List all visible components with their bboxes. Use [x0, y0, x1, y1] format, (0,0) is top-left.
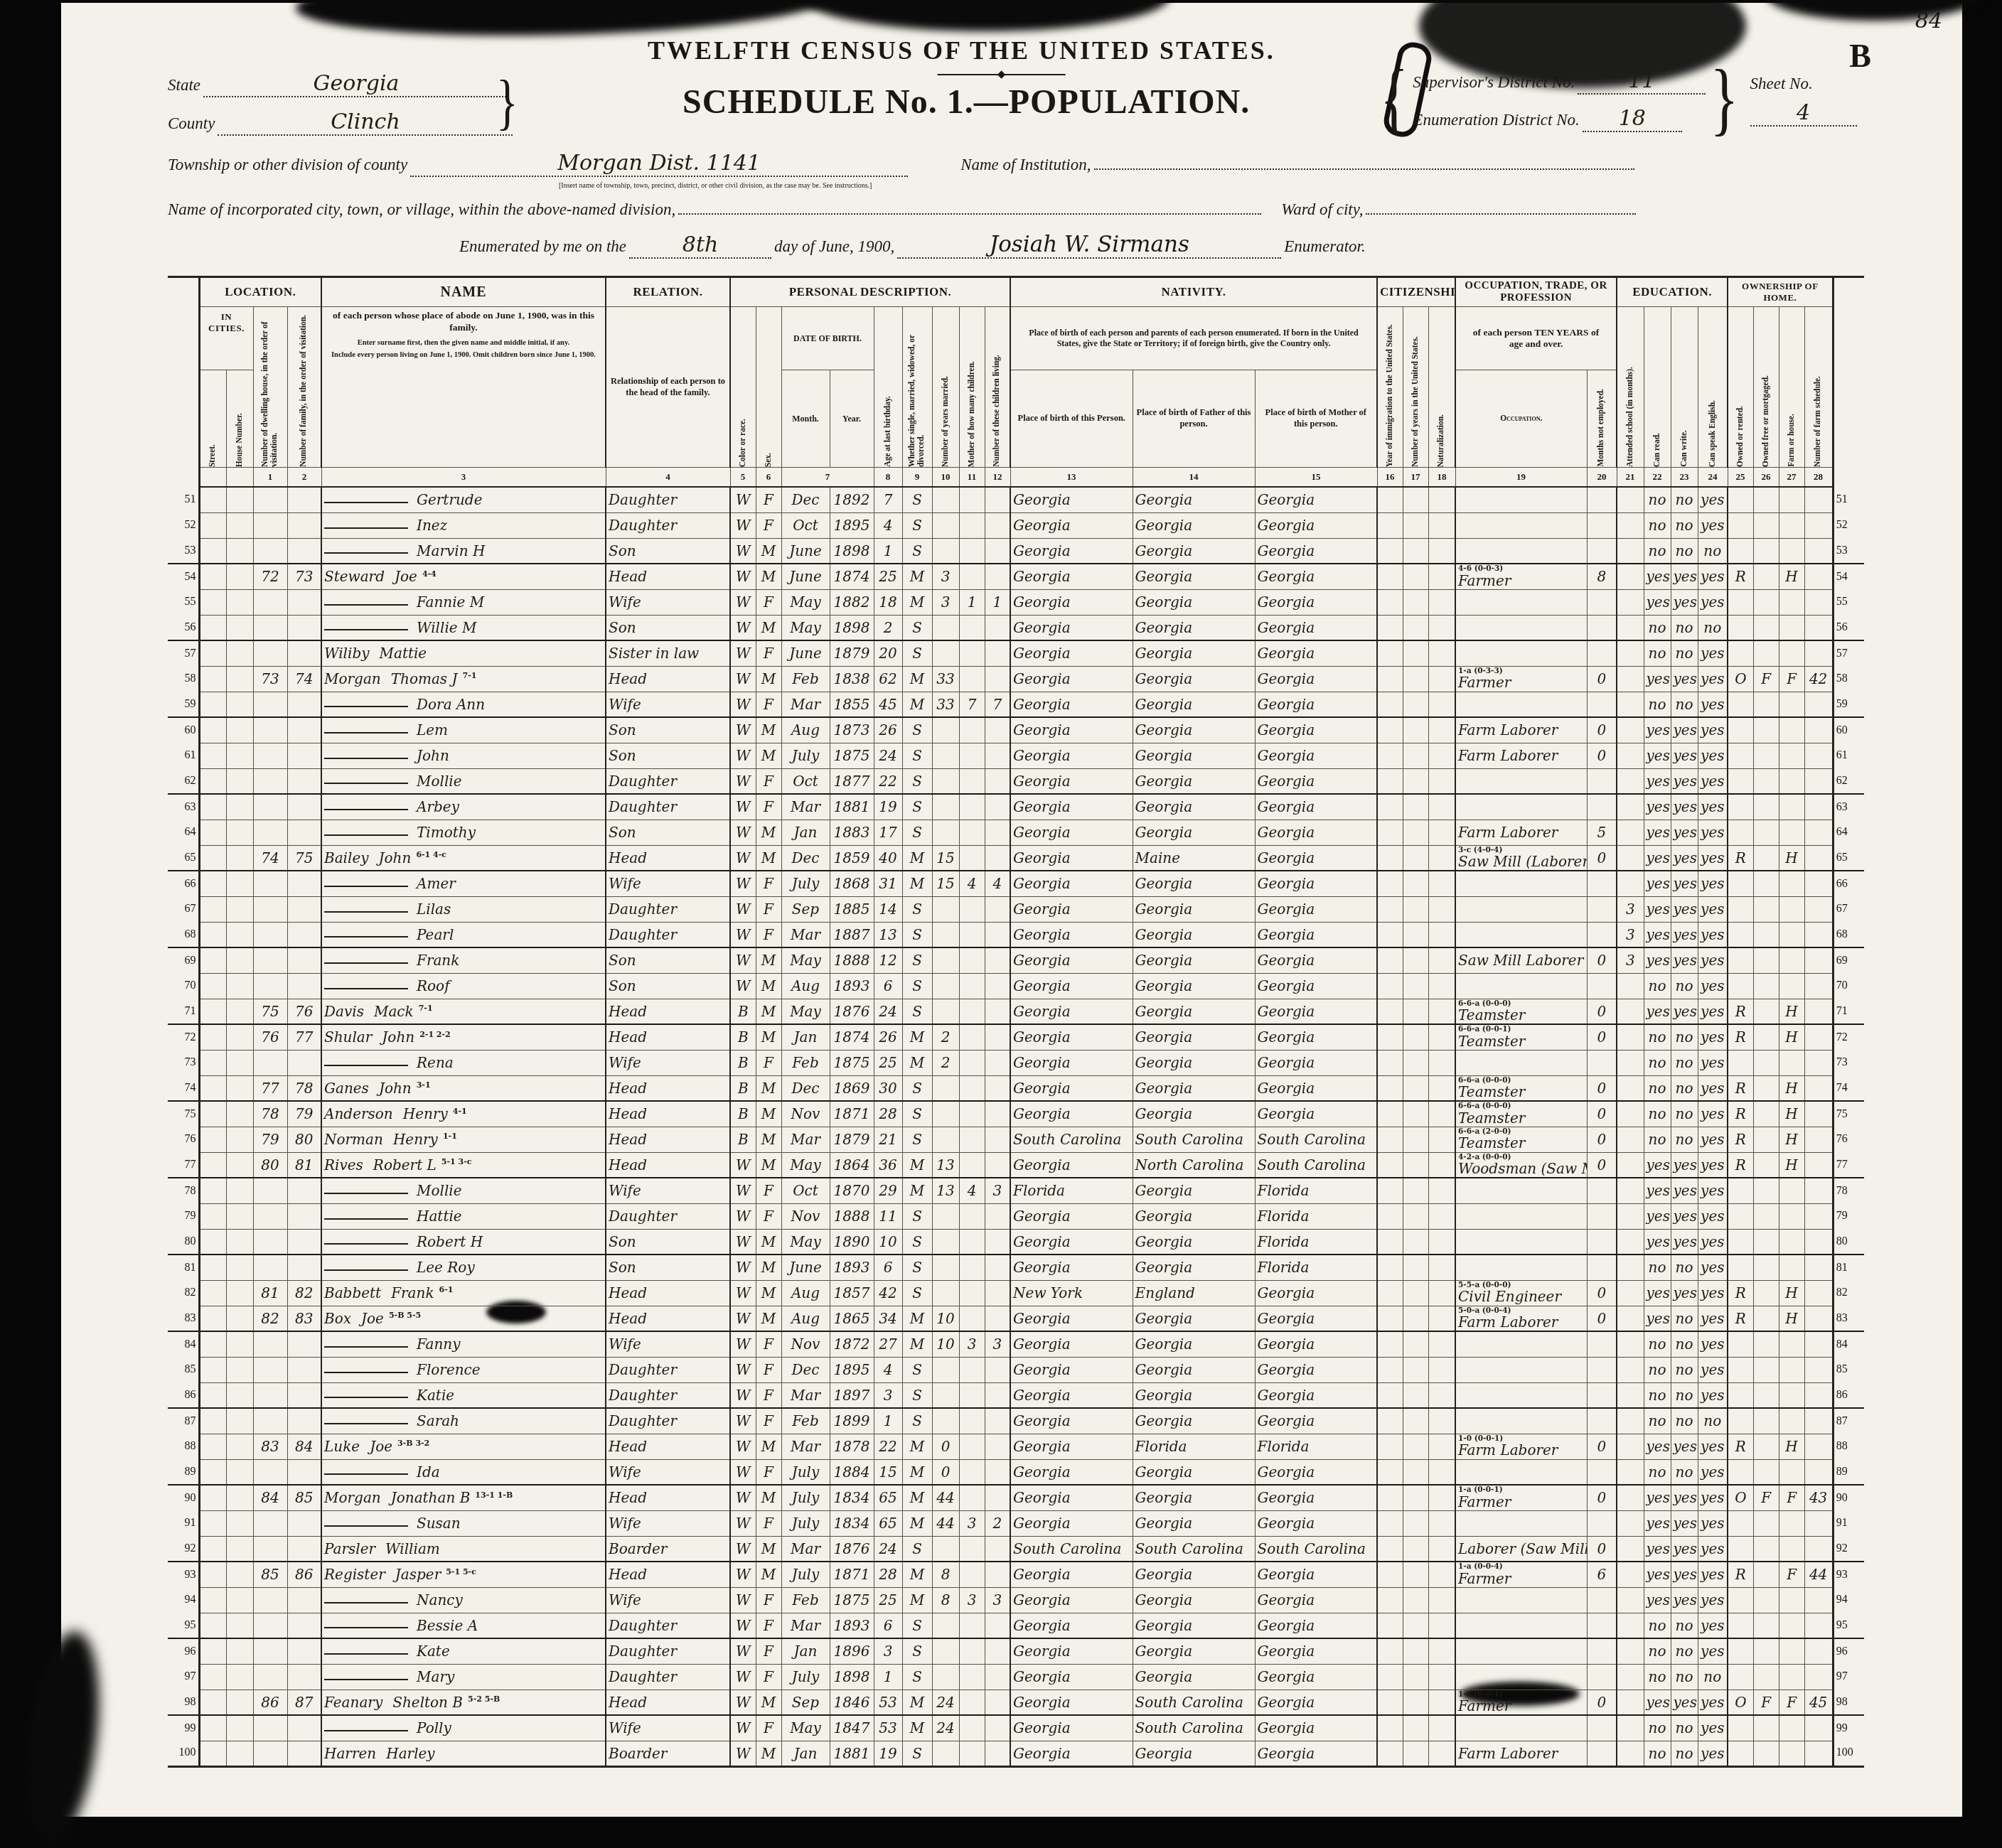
header-birthplace-mother: Place of birth of Mother of this person.	[1255, 370, 1377, 468]
cell-attended-school	[1617, 1229, 1644, 1255]
cell-birth-year: 1872	[830, 1331, 874, 1357]
cell-birthplace: Georgia	[1010, 743, 1133, 768]
cell-attended-school	[1617, 487, 1644, 512]
cell-birth-year: 1864	[830, 1152, 874, 1178]
cell-family-number	[287, 768, 321, 794]
cell-family-number	[287, 1331, 321, 1357]
cell-father-birthplace: Georgia	[1133, 1255, 1255, 1280]
table-row: 908485MorganJonathan B13-1 1-BHeadWMJuly…	[168, 1485, 1864, 1510]
cell-naturalization	[1428, 666, 1455, 692]
table-row: 94NancyWifeWFFeb187525M833GeorgiaGeorgia…	[168, 1587, 1864, 1613]
cell-can-speak-english: yes	[1698, 666, 1728, 692]
cell-months-not-employed	[1587, 1408, 1617, 1434]
cell-occupation: Laborer (Saw Mill)	[1455, 1536, 1587, 1562]
cell-farm-or-house	[1779, 1408, 1804, 1434]
cell-home-owned-rented	[1728, 896, 1753, 922]
cell-age: 4	[874, 1357, 902, 1382]
cell-months-not-employed	[1587, 1613, 1617, 1638]
line-number-right: 90	[1833, 1485, 1864, 1510]
cell-months-not-employed	[1587, 589, 1617, 615]
cell-immigration-year	[1377, 640, 1403, 666]
cell-birthplace: Georgia	[1010, 794, 1133, 820]
cell-sex: F	[756, 794, 781, 820]
cell-marital-status: S	[902, 1229, 932, 1255]
cell-birth-year: 1865	[830, 1306, 874, 1331]
cell-marital-status: M	[902, 1152, 932, 1178]
cell-name: Marvin H	[321, 538, 606, 564]
cell-street	[199, 1357, 226, 1382]
header-owned-rented: Owned or rented.	[1736, 406, 1745, 467]
cell-birth-year: 1884	[830, 1459, 874, 1485]
cell-father-birthplace: Georgia	[1133, 1306, 1255, 1331]
cell-years-in-us	[1403, 973, 1428, 999]
table-row: 547273StewardJoe4-4HeadWMJune187425M3Geo…	[168, 564, 1864, 589]
cell-children-living	[985, 666, 1010, 692]
cell-marital-status: S	[902, 1357, 932, 1382]
cell-home-owned-rented	[1728, 871, 1753, 896]
cell-children-living	[985, 1562, 1010, 1587]
institution-label: Name of Institution,	[960, 156, 1091, 173]
state-label: State	[168, 76, 200, 94]
cell-farm-schedule	[1804, 896, 1833, 922]
cell-naturalization	[1428, 1127, 1455, 1152]
cell-mother-of-children	[959, 1280, 985, 1306]
census-table: LOCATION. NAME RELATION. PERSONAL DESCRI…	[168, 276, 1864, 1768]
census-table-header: LOCATION. NAME RELATION. PERSONAL DESCRI…	[168, 277, 1864, 488]
cell-name: Bessie A	[321, 1613, 606, 1638]
cell-dwelling-number	[253, 1715, 287, 1741]
cell-children-living	[985, 487, 1010, 512]
cell-children-living	[985, 1255, 1010, 1280]
cell-birth-month: May	[781, 947, 830, 973]
cell-attended-school	[1617, 640, 1644, 666]
cell-months-not-employed	[1587, 1255, 1617, 1280]
cell-birth-month: July	[781, 743, 830, 768]
cell-age: 24	[874, 999, 902, 1024]
cell-years-married	[932, 820, 959, 845]
cell-attended-school	[1617, 820, 1644, 845]
cell-street	[199, 1152, 226, 1178]
column-number: 27	[1779, 468, 1804, 488]
cell-street	[199, 1485, 226, 1510]
cell-immigration-year	[1377, 947, 1403, 973]
cell-marital-status: M	[902, 1562, 932, 1587]
cell-color-race: W	[730, 1510, 756, 1536]
cell-children-living: 3	[985, 1331, 1010, 1357]
header-immigration-year: Year of immigration to the United States…	[1386, 324, 1395, 467]
cell-dwelling-number	[253, 896, 287, 922]
cell-home-owned-rented	[1728, 973, 1753, 999]
cell-can-read: no	[1644, 1024, 1671, 1050]
cell-age: 19	[874, 1741, 902, 1766]
cell-occupation	[1455, 487, 1587, 512]
cell-color-race: W	[730, 640, 756, 666]
table-row: 60LemSonWMAug187326SGeorgiaGeorgiaGeorgi…	[168, 717, 1864, 743]
cell-birth-month: Dec	[781, 1075, 830, 1101]
cell-name: BaileyJohn6-1 4-c	[321, 845, 606, 871]
line-number-right: 74	[1833, 1075, 1864, 1101]
enumerated-field: Enumerated by me on the 8th day of June,…	[459, 232, 1366, 259]
header-relation-description: Relationship of each person to the head …	[606, 307, 730, 468]
cell-sex: M	[756, 1689, 781, 1715]
cell-children-living	[985, 538, 1010, 564]
cell-farm-schedule	[1804, 1434, 1833, 1459]
table-row: 778081RivesRobert L5-1 3-cHeadWMMay18643…	[168, 1152, 1864, 1178]
cell-name: Ida	[321, 1459, 606, 1485]
cell-birth-year: 1879	[830, 1127, 874, 1152]
cell-family-number	[287, 1613, 321, 1638]
cell-occupation	[1455, 1357, 1587, 1382]
cell-age: 29	[874, 1178, 902, 1203]
cell-years-in-us	[1403, 1306, 1428, 1331]
header-farm-schedule: Number of farm schedule.	[1814, 376, 1823, 467]
cell-color-race: W	[730, 922, 756, 947]
cell-attended-school: 3	[1617, 896, 1644, 922]
cell-street	[199, 1715, 226, 1741]
cell-attended-school	[1617, 717, 1644, 743]
cell-father-birthplace: Georgia	[1133, 820, 1255, 845]
cell-attended-school	[1617, 768, 1644, 794]
cell-home-owned-rented	[1728, 743, 1753, 768]
cell-house-number	[226, 1331, 253, 1357]
line-number-right: 78	[1833, 1178, 1864, 1203]
line-number-right: 83	[1833, 1306, 1864, 1331]
line-number-right: 70	[1833, 973, 1864, 999]
cell-house-number	[226, 1664, 253, 1689]
cell-mother-birthplace: Georgia	[1255, 973, 1377, 999]
cell-street	[199, 717, 226, 743]
cell-farm-or-house: F	[1779, 1485, 1804, 1510]
column-number: 25	[1728, 468, 1753, 488]
cell-sex: F	[756, 1382, 781, 1408]
cell-mother-of-children	[959, 1255, 985, 1280]
cell-father-birthplace: Georgia	[1133, 666, 1255, 692]
line-number-right: 87	[1833, 1408, 1864, 1434]
cell-color-race: W	[730, 1741, 756, 1766]
cell-street	[199, 820, 226, 845]
table-row: 62MollieDaughterWFOct187722SGeorgiaGeorg…	[168, 768, 1864, 794]
cell-occupation	[1455, 538, 1587, 564]
cell-sex: F	[756, 768, 781, 794]
cell-farm-or-house	[1779, 1331, 1804, 1357]
cell-years-in-us	[1403, 845, 1428, 871]
cell-color-race: W	[730, 1459, 756, 1485]
cell-marital-status: M	[902, 1510, 932, 1536]
cell-farm-or-house: H	[1779, 1306, 1804, 1331]
cell-birthplace: Georgia	[1010, 1075, 1133, 1101]
cell-naturalization	[1428, 1050, 1455, 1075]
cell-color-race: W	[730, 1280, 756, 1306]
cell-months-not-employed	[1587, 1357, 1617, 1382]
cell-immigration-year	[1377, 1152, 1403, 1178]
cell-name: Nancy	[321, 1587, 606, 1613]
cell-immigration-year	[1377, 999, 1403, 1024]
cell-birth-month: Nov	[781, 1203, 830, 1229]
cell-months-not-employed: 5	[1587, 820, 1617, 845]
cell-birthplace: Georgia	[1010, 1024, 1133, 1050]
cell-home-free-mortgaged	[1753, 1741, 1779, 1766]
cell-home-free-mortgaged	[1753, 1459, 1779, 1485]
cell-home-owned-rented	[1728, 1664, 1753, 1689]
cell-occupation: 5-0-a (0-0-4)Farm Laborer	[1455, 1306, 1587, 1331]
cell-can-read: yes	[1644, 1229, 1671, 1255]
cell-home-free-mortgaged	[1753, 1075, 1779, 1101]
cell-months-not-employed	[1587, 1459, 1617, 1485]
cell-years-married	[932, 512, 959, 538]
cell-years-in-us	[1403, 615, 1428, 640]
cell-farm-or-house	[1779, 871, 1804, 896]
cell-birth-month: June	[781, 1255, 830, 1280]
cell-dwelling-number	[253, 487, 287, 512]
cell-house-number	[226, 1255, 253, 1280]
cell-can-write: no	[1671, 1255, 1698, 1280]
header-nativity-description: Place of birth of each person and parent…	[1010, 307, 1377, 370]
cell-attended-school	[1617, 1280, 1644, 1306]
column-number-row: 1234567891011121314151617181920212223242…	[168, 468, 1864, 488]
cell-house-number	[226, 538, 253, 564]
cell-months-not-employed: 0	[1587, 1434, 1617, 1459]
line-number-right: 97	[1833, 1664, 1864, 1689]
cell-father-birthplace: Georgia	[1133, 1075, 1255, 1101]
line-number-left: 86	[168, 1382, 199, 1408]
cell-birth-year: 1874	[830, 564, 874, 589]
cell-years-married: 13	[932, 1178, 959, 1203]
cell-attended-school	[1617, 1382, 1644, 1408]
cell-mother-of-children	[959, 487, 985, 512]
cell-house-number	[226, 512, 253, 538]
cell-marital-status: S	[902, 640, 932, 666]
cell-can-speak-english: yes	[1698, 1562, 1728, 1587]
cell-sex: M	[756, 1485, 781, 1510]
cell-sex: M	[756, 666, 781, 692]
line-number-left: 84	[168, 1331, 199, 1357]
cell-farm-or-house	[1779, 1638, 1804, 1664]
cell-children-living	[985, 1613, 1010, 1638]
cell-months-not-employed	[1587, 896, 1617, 922]
cell-sex: F	[756, 1510, 781, 1536]
cell-birth-month: Mar	[781, 1613, 830, 1638]
cell-mother-birthplace: Georgia	[1255, 1280, 1377, 1306]
cell-mother-birthplace: Georgia	[1255, 1331, 1377, 1357]
cell-years-married: 10	[932, 1331, 959, 1357]
cell-mother-birthplace: Florida	[1255, 1434, 1377, 1459]
cell-birth-year: 1870	[830, 1178, 874, 1203]
cell-farm-or-house: H	[1779, 1024, 1804, 1050]
cell-birthplace: Georgia	[1010, 1459, 1133, 1485]
cell-can-read: yes	[1644, 743, 1671, 768]
cell-name: Mollie	[321, 768, 606, 794]
census-table-body: 51GertrudeDaughterWFDec18927SGeorgiaGeor…	[168, 487, 1864, 1766]
cell-sex: F	[756, 1613, 781, 1638]
cell-home-free-mortgaged	[1753, 820, 1779, 845]
cell-name: Fannie M	[321, 589, 606, 615]
cell-name: Lem	[321, 717, 606, 743]
cell-farm-or-house: H	[1779, 1127, 1804, 1152]
cell-age: 65	[874, 1485, 902, 1510]
cell-birthplace: Georgia	[1010, 1382, 1133, 1408]
cell-can-write: no	[1671, 538, 1698, 564]
cell-mother-of-children	[959, 564, 985, 589]
cell-can-write: yes	[1671, 717, 1698, 743]
column-number: 13	[1010, 468, 1133, 488]
cell-farm-or-house	[1779, 1178, 1804, 1203]
line-number-left: 53	[168, 538, 199, 564]
cell-mother-birthplace: Georgia	[1255, 1101, 1377, 1127]
cell-father-birthplace: South Carolina	[1133, 1536, 1255, 1562]
cell-months-not-employed	[1587, 538, 1617, 564]
cell-birthplace: New York	[1010, 1280, 1133, 1306]
cell-dwelling-number	[253, 1536, 287, 1562]
cell-months-not-employed: 0	[1587, 1485, 1617, 1510]
cell-name: LukeJoe3-B 3-2	[321, 1434, 606, 1459]
township-field: Township or other division of county Mor…	[168, 151, 1634, 177]
cell-years-married	[932, 1741, 959, 1766]
cell-farm-or-house	[1779, 896, 1804, 922]
cell-mother-birthplace: Georgia	[1255, 871, 1377, 896]
cell-immigration-year	[1377, 871, 1403, 896]
cell-naturalization	[1428, 1255, 1455, 1280]
cell-mother-birthplace: Georgia	[1255, 1408, 1377, 1434]
cell-relation: Boarder	[606, 1536, 730, 1562]
cell-birth-month: July	[781, 1664, 830, 1689]
cell-birth-year: 1859	[830, 845, 874, 871]
cell-birthplace: Georgia	[1010, 615, 1133, 640]
cell-age: 6	[874, 1255, 902, 1280]
header-can-write: Can write.	[1680, 430, 1689, 467]
cell-years-in-us	[1403, 1485, 1428, 1510]
cell-attended-school	[1617, 1050, 1644, 1075]
cell-can-speak-english: yes	[1698, 1613, 1728, 1638]
table-row: 81Lee RoySonWMJune18936SGeorgiaGeorgiaFl…	[168, 1255, 1864, 1280]
cell-farm-or-house	[1779, 1050, 1804, 1075]
cell-sex: F	[756, 512, 781, 538]
cell-family-number: 78	[287, 1075, 321, 1101]
table-row: 87SarahDaughterWFFeb18991SGeorgiaGeorgia…	[168, 1408, 1864, 1434]
cell-attended-school: 3	[1617, 922, 1644, 947]
cell-farm-or-house	[1779, 487, 1804, 512]
cell-can-speak-english: yes	[1698, 1178, 1728, 1203]
table-row: 70RoofSonWMAug18936SGeorgiaGeorgiaGeorgi…	[168, 973, 1864, 999]
cell-house-number	[226, 1127, 253, 1152]
cell-years-married	[932, 794, 959, 820]
cell-relation: Wife	[606, 871, 730, 896]
header-farm-or-house: Farm or house.	[1787, 414, 1797, 467]
cell-mother-birthplace: Georgia	[1255, 947, 1377, 973]
cell-name: Sarah	[321, 1408, 606, 1434]
cell-attended-school	[1617, 1331, 1644, 1357]
cell-father-birthplace: Georgia	[1133, 640, 1255, 666]
cell-dwelling-number: 80	[253, 1152, 287, 1178]
cell-mother-birthplace: Georgia	[1255, 1024, 1377, 1050]
cell-birth-year: 1887	[830, 922, 874, 947]
cell-years-married	[932, 973, 959, 999]
cell-attended-school	[1617, 1562, 1644, 1587]
cell-father-birthplace: Georgia	[1133, 973, 1255, 999]
cell-can-write: yes	[1671, 1152, 1698, 1178]
cell-mother-of-children	[959, 1536, 985, 1562]
table-row: 86KatieDaughterWFMar18973SGeorgiaGeorgia…	[168, 1382, 1864, 1408]
cell-farm-or-house	[1779, 947, 1804, 973]
cell-father-birthplace: Georgia	[1133, 1203, 1255, 1229]
cell-birth-year: 1876	[830, 1536, 874, 1562]
line-number-right: 88	[1833, 1434, 1864, 1459]
cell-home-free-mortgaged	[1753, 1664, 1779, 1689]
cell-farm-or-house	[1779, 743, 1804, 768]
cell-dwelling-number: 75	[253, 999, 287, 1024]
cell-dwelling-number	[253, 1459, 287, 1485]
cell-can-speak-english: yes	[1698, 1741, 1728, 1766]
cell-house-number	[226, 1075, 253, 1101]
cell-dwelling-number	[253, 768, 287, 794]
cell-mother-of-children	[959, 1434, 985, 1459]
cell-birthplace: Georgia	[1010, 1434, 1133, 1459]
cell-occupation: 6-6-a (0-0-0)Teamster	[1455, 999, 1587, 1024]
cell-years-in-us	[1403, 1408, 1428, 1434]
cell-age: 26	[874, 717, 902, 743]
table-row: 838283BoxJoe5-B 5-5HeadWMAug186534M10Geo…	[168, 1306, 1864, 1331]
cell-sex: F	[756, 1408, 781, 1434]
cell-father-birthplace: Georgia	[1133, 1050, 1255, 1075]
cell-mother-of-children: 4	[959, 871, 985, 896]
cell-children-living: 7	[985, 692, 1010, 717]
cell-home-owned-rented	[1728, 1050, 1753, 1075]
cell-occupation	[1455, 615, 1587, 640]
cell-years-married	[932, 743, 959, 768]
cell-months-not-employed: 0	[1587, 1101, 1617, 1127]
cell-marital-status: S	[902, 1127, 932, 1152]
line-number-right: 67	[1833, 896, 1864, 922]
column-number: 21	[1617, 468, 1644, 488]
cell-home-owned-rented: O	[1728, 1689, 1753, 1715]
cell-family-number	[287, 538, 321, 564]
cell-months-not-employed	[1587, 692, 1617, 717]
column-number-blank	[199, 468, 226, 488]
cell-age: 19	[874, 794, 902, 820]
enumerated-prefix: Enumerated by me on the	[459, 237, 626, 255]
cell-farm-schedule	[1804, 1229, 1833, 1255]
cell-color-race: W	[730, 794, 756, 820]
cell-house-number	[226, 666, 253, 692]
cell-occupation	[1455, 589, 1587, 615]
cell-relation: Daughter	[606, 794, 730, 820]
cell-months-not-employed	[1587, 487, 1617, 512]
cell-naturalization	[1428, 1178, 1455, 1203]
cell-immigration-year	[1377, 538, 1403, 564]
cell-can-write: yes	[1671, 1229, 1698, 1255]
cell-can-write: yes	[1671, 794, 1698, 820]
cell-naturalization	[1428, 564, 1455, 589]
cell-house-number	[226, 743, 253, 768]
cell-house-number	[226, 871, 253, 896]
cell-birth-month: Feb	[781, 1587, 830, 1613]
cell-attended-school	[1617, 1152, 1644, 1178]
cell-months-not-employed: 0	[1587, 999, 1617, 1024]
line-number-right: 86	[1833, 1382, 1864, 1408]
cell-dwelling-number: 86	[253, 1689, 287, 1715]
cell-immigration-year	[1377, 973, 1403, 999]
line-number-left: 75	[168, 1101, 199, 1127]
cell-can-write: yes	[1671, 666, 1698, 692]
cell-birthplace: Georgia	[1010, 1587, 1133, 1613]
cell-can-read: yes	[1644, 845, 1671, 871]
header-attended-school: Attended school (in months).	[1626, 367, 1635, 467]
table-row: 80Robert HSonWMMay189010SGeorgiaGeorgiaF…	[168, 1229, 1864, 1255]
cell-months-not-employed: 0	[1587, 743, 1617, 768]
cell-color-race: W	[730, 564, 756, 589]
cell-relation: Head	[606, 1280, 730, 1306]
line-number-left: 89	[168, 1459, 199, 1485]
cell-house-number	[226, 1382, 253, 1408]
